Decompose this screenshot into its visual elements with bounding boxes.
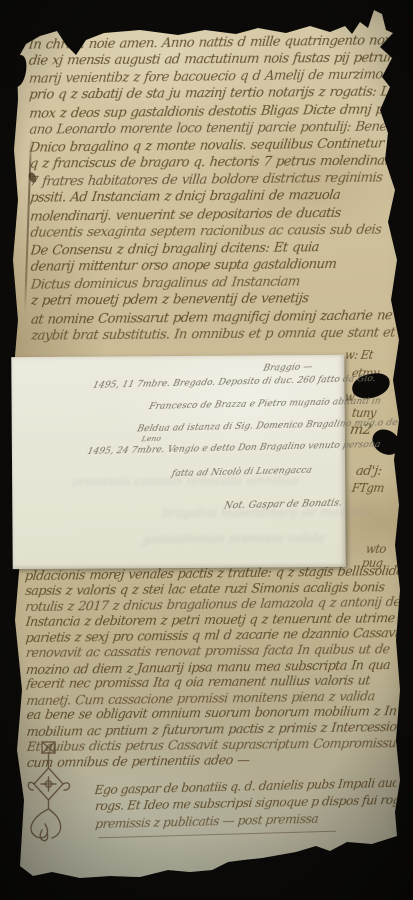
text-fragment: wto <box>365 542 387 556</box>
text-fragment: FTgm <box>351 481 385 495</box>
slip-annotation-line: 1495, 11 7mbre. Bregado. Deposito di duc… <box>92 374 377 391</box>
archival-note-slip: promissis cassatis renovatis omnibus bra… <box>11 355 345 569</box>
manuscript-text-line: zaybit brat substitutis. In omnibus et p… <box>30 324 395 344</box>
notary-closing-block: Ego gaspar de bonatiis q. d. danielis pu… <box>94 775 397 839</box>
slip-header-note: Braggio — <box>262 363 313 374</box>
upper-text-block: In christi noie amen. Anno nattis d mill… <box>29 32 396 347</box>
notary-signum-icon <box>18 738 80 844</box>
text-fragment: pug <box>361 556 384 570</box>
lower-text-block: pldacionis morej venales pactis z tratul… <box>25 564 403 772</box>
show-through-text: gastaldionum premissa valida <box>142 531 325 546</box>
text-fragment: ad'j: <box>355 464 383 479</box>
slip-annotation-line: 1495, 24 7mbre. Vengio e detto Don Braga… <box>86 440 381 457</box>
slip-annotation-line: Leno <box>141 434 162 443</box>
manuscript-photo: In christi noie amen. Anno nattis d mill… <box>0 0 413 900</box>
text-fragment: w: Et <box>344 348 374 362</box>
